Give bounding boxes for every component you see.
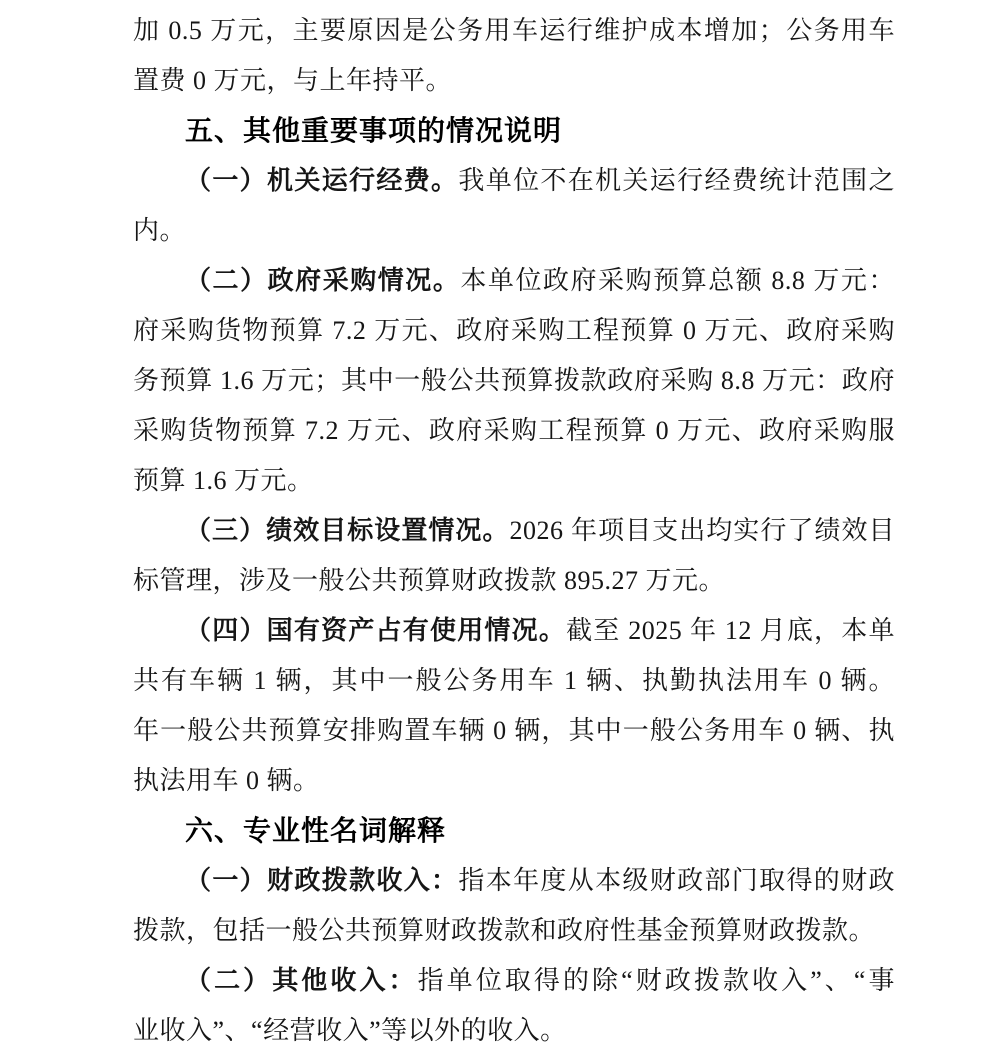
paragraph-line-11: 标管理，涉及一般公共预算财政拨款 895.27 万元。 — [133, 556, 895, 606]
paragraph-line-20: 业收入”、“经营收入”等以外的收入。 — [133, 1006, 895, 1053]
paragraph-line-4: 内。 — [133, 206, 895, 256]
heading-text: 五、其他重要事项的情况说明 — [185, 115, 562, 146]
section-heading-16: 六、专业性名词解释 — [133, 806, 895, 856]
paragraph-line-15: 执法用车 0 辆。 — [133, 756, 895, 806]
text-segment: 标管理，涉及一般公共预算财政拨款 895.27 万元。 — [133, 566, 725, 595]
text-segment: 府采购货物预算 7.2 万元、政府采购工程预算 0 万元、政府采购服 — [133, 316, 895, 356]
text-segment: 我单位不在机关运行经费统计范围之 — [458, 166, 895, 195]
paragraph-line-0: 加 0.5 万元，主要原因是公务用车运行维护成本增加；公务用车购 — [133, 6, 895, 56]
text-segment: 置费 0 万元，与上年持平。 — [133, 66, 452, 95]
lead-in-phrase: （一）财政拨款收入： — [185, 866, 458, 895]
paragraph-line-19: （二）其他收入：指单位取得的除“财政拨款收入”、“事 — [133, 956, 895, 1006]
text-segment: 内。 — [133, 216, 186, 245]
text-segment: 预算 1.6 万元。 — [133, 466, 314, 495]
text-segment: 采购货物预算 7.2 万元、政府采购工程预算 0 万元、政府采购服务 — [133, 416, 895, 456]
paragraph-line-18: 拨款，包括一般公共预算财政拨款和政府性基金预算财政拨款。 — [133, 906, 895, 956]
paragraph-line-6: 府采购货物预算 7.2 万元、政府采购工程预算 0 万元、政府采购服 — [133, 306, 895, 356]
lead-in-phrase: （二）其他收入： — [185, 966, 418, 995]
lead-in-phrase: （一）机关运行经费。 — [185, 166, 458, 195]
text-segment: 加 0.5 万元，主要原因是公务用车运行维护成本增加；公务用车购 — [133, 16, 895, 56]
paragraph-line-5: （二）政府采购情况。本单位政府采购预算总额 8.8 万元：政 — [133, 256, 895, 306]
document-page: 加 0.5 万元，主要原因是公务用车运行维护成本增加；公务用车购置费 0 万元，… — [0, 0, 1000, 1053]
text-segment: 共有车辆 1 辆，其中一般公务用车 1 辆、执勤执法用车 0 辆。2026 — [133, 666, 895, 706]
text-segment: 2026 年项目支出均实行了绩效目 — [510, 516, 896, 545]
lead-in-phrase: （二）政府采购情况。 — [185, 266, 460, 295]
paragraph-line-13: 共有车辆 1 辆，其中一般公务用车 1 辆、执勤执法用车 0 辆。2026 — [133, 656, 895, 706]
text-segment: 务预算 1.6 万元；其中一般公共预算拨款政府采购 8.8 万元：政府 — [133, 366, 895, 395]
paragraph-line-7: 务预算 1.6 万元；其中一般公共预算拨款政府采购 8.8 万元：政府 — [133, 356, 895, 406]
paragraph-line-17: （一）财政拨款收入：指本年度从本级财政部门取得的财政 — [133, 856, 895, 906]
document-text-block: 加 0.5 万元，主要原因是公务用车运行维护成本增加；公务用车购置费 0 万元，… — [133, 6, 895, 1053]
section-heading-2: 五、其他重要事项的情况说明 — [133, 106, 895, 156]
text-segment: 执法用车 0 辆。 — [133, 766, 320, 795]
heading-text: 六、专业性名词解释 — [185, 815, 446, 846]
paragraph-line-3: （一）机关运行经费。我单位不在机关运行经费统计范围之 — [133, 156, 895, 206]
text-segment: 指本年度从本级财政部门取得的财政 — [458, 866, 895, 895]
lead-in-phrase: （三）绩效目标设置情况。 — [185, 516, 510, 545]
text-segment: 指单位取得的除“财政拨款收入”、“事 — [418, 966, 895, 995]
text-segment: 业收入”、“经营收入”等以外的收入。 — [133, 1016, 567, 1045]
text-segment: 拨款，包括一般公共预算财政拨款和政府性基金预算财政拨款。 — [133, 916, 875, 945]
paragraph-line-9: 预算 1.6 万元。 — [133, 456, 895, 506]
paragraph-line-14: 年一般公共预算安排购置车辆 0 辆，其中一般公务用车 0 辆、执勤 — [133, 706, 895, 756]
lead-in-phrase: （四）国有资产占有使用情况。 — [185, 616, 566, 645]
paragraph-line-8: 采购货物预算 7.2 万元、政府采购工程预算 0 万元、政府采购服务 — [133, 406, 895, 456]
paragraph-line-10: （三）绩效目标设置情况。2026 年项目支出均实行了绩效目 — [133, 506, 895, 556]
text-segment: 年一般公共预算安排购置车辆 0 辆，其中一般公务用车 0 辆、执勤 — [133, 716, 895, 756]
paragraph-line-1: 置费 0 万元，与上年持平。 — [133, 56, 895, 106]
paragraph-line-12: （四）国有资产占有使用情况。截至 2025 年 12 月底，本单位 — [133, 606, 895, 656]
